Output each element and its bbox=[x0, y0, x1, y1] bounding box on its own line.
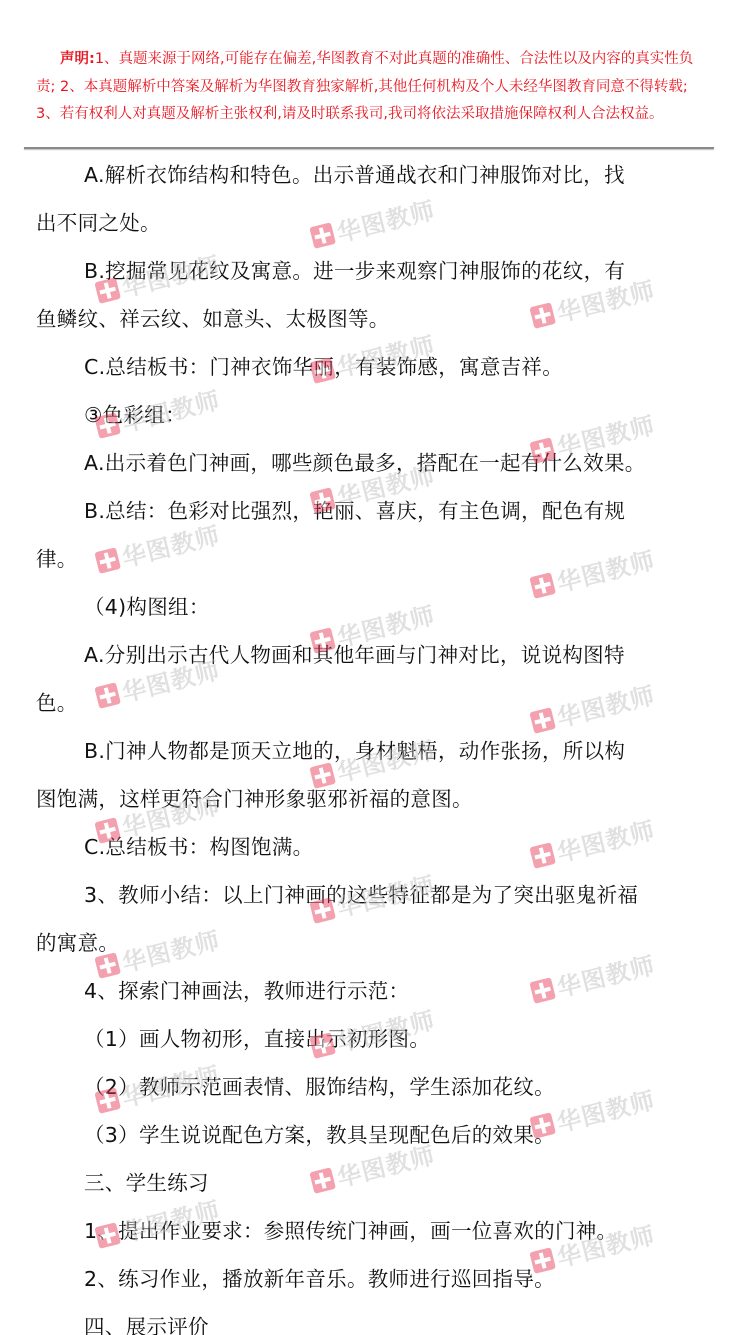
huatu-logo-icon bbox=[529, 842, 556, 869]
disclaimer: 声明:1、真题来源于网络,可能存在偏差,华图教育不对此真题的准确性、合法性以及内… bbox=[36, 46, 712, 129]
huatu-logo-icon bbox=[529, 302, 556, 329]
watermark: 华图教师 bbox=[528, 810, 659, 874]
paragraph-line: 的寓意。 bbox=[36, 929, 119, 957]
paragraph-line: 1、提出作业要求：参照传统门神画，画一位喜欢的门神。 bbox=[84, 1217, 617, 1245]
paragraph-line: A.分别出示古代人物画和其他年画与门神对比，说说构图特 bbox=[84, 641, 625, 669]
huatu-logo-icon bbox=[529, 707, 556, 734]
watermark: 华图教师 bbox=[528, 675, 659, 739]
paragraph-line: B.总结：色彩对比强烈，艳丽、喜庆，有主色调，配色有规 bbox=[84, 497, 625, 525]
paragraph-line: 三、学生练习 bbox=[84, 1169, 209, 1197]
paragraph-line: 3、教师小结：以上门神画的这些特征都是为了突出驱鬼祈福 bbox=[84, 881, 638, 909]
paragraph-line: 出不同之处。 bbox=[36, 209, 161, 237]
paragraph-line: A.出示着色门神画，哪些颜色最多，搭配在一起有什么效果。 bbox=[84, 449, 646, 477]
paragraph-line: C.总结板书：构图饱满。 bbox=[84, 833, 313, 861]
paragraph-line: 4、探索门神画法，教师进行示范： bbox=[84, 977, 409, 1005]
paragraph-line: （3）学生说说配色方案，教具呈现配色后的效果。 bbox=[84, 1121, 555, 1149]
huatu-logo-icon bbox=[309, 1167, 336, 1194]
huatu-logo-icon bbox=[94, 682, 121, 709]
paragraph-line: ③色彩组： bbox=[84, 401, 186, 429]
huatu-logo-icon bbox=[94, 547, 121, 574]
huatu-logo-icon bbox=[309, 222, 336, 249]
watermark: 华图教师 bbox=[528, 540, 659, 604]
paragraph-line: （2）教师示范画表情、服饰结构，学生添加花纹。 bbox=[84, 1073, 555, 1101]
paragraph-line: 四、展示评价 bbox=[84, 1313, 209, 1335]
paragraph-line: 色。 bbox=[36, 689, 78, 717]
paragraph-line: 鱼鳞纹、祥云纹、如意头、太极图等。 bbox=[36, 305, 390, 333]
paragraph-line: （4)构图组： bbox=[84, 593, 210, 621]
huatu-logo-icon bbox=[529, 572, 556, 599]
paragraph-line: B.门神人物都是顶天立地的，身材魁梧，动作张扬，所以构 bbox=[84, 737, 625, 765]
paragraph-line: （1）画人物初形，直接出示初形图。 bbox=[84, 1025, 430, 1053]
paragraph-line: 2、练习作业，播放新年音乐。教师进行巡回指导。 bbox=[84, 1265, 555, 1293]
paragraph-line: 图饱满，这样更符合门神形象驱邪祈福的意图。 bbox=[36, 785, 473, 813]
disclaimer-label: 声明: bbox=[60, 51, 95, 67]
paragraph-line: B.挖掘常见花纹及寓意。进一步来观察门神服饰的花纹，有 bbox=[84, 257, 625, 285]
paragraph-line: C.总结板书：门神衣饰华丽，有装饰感，寓意吉祥。 bbox=[84, 353, 563, 381]
huatu-logo-icon bbox=[529, 977, 556, 1004]
paragraph-line: 律。 bbox=[36, 545, 78, 573]
disclaimer-text: 1、真题来源于网络,可能存在偏差,华图教育不对此真题的准确性、合法性以及内容的真… bbox=[36, 51, 693, 122]
watermark: 华图教师 bbox=[528, 945, 659, 1009]
header-divider bbox=[24, 147, 714, 149]
watermark: 华图教师 bbox=[308, 190, 439, 254]
paragraph-line: A.解析衣饰结构和特色。出示普通战衣和门神服饰对比，找 bbox=[84, 161, 625, 189]
